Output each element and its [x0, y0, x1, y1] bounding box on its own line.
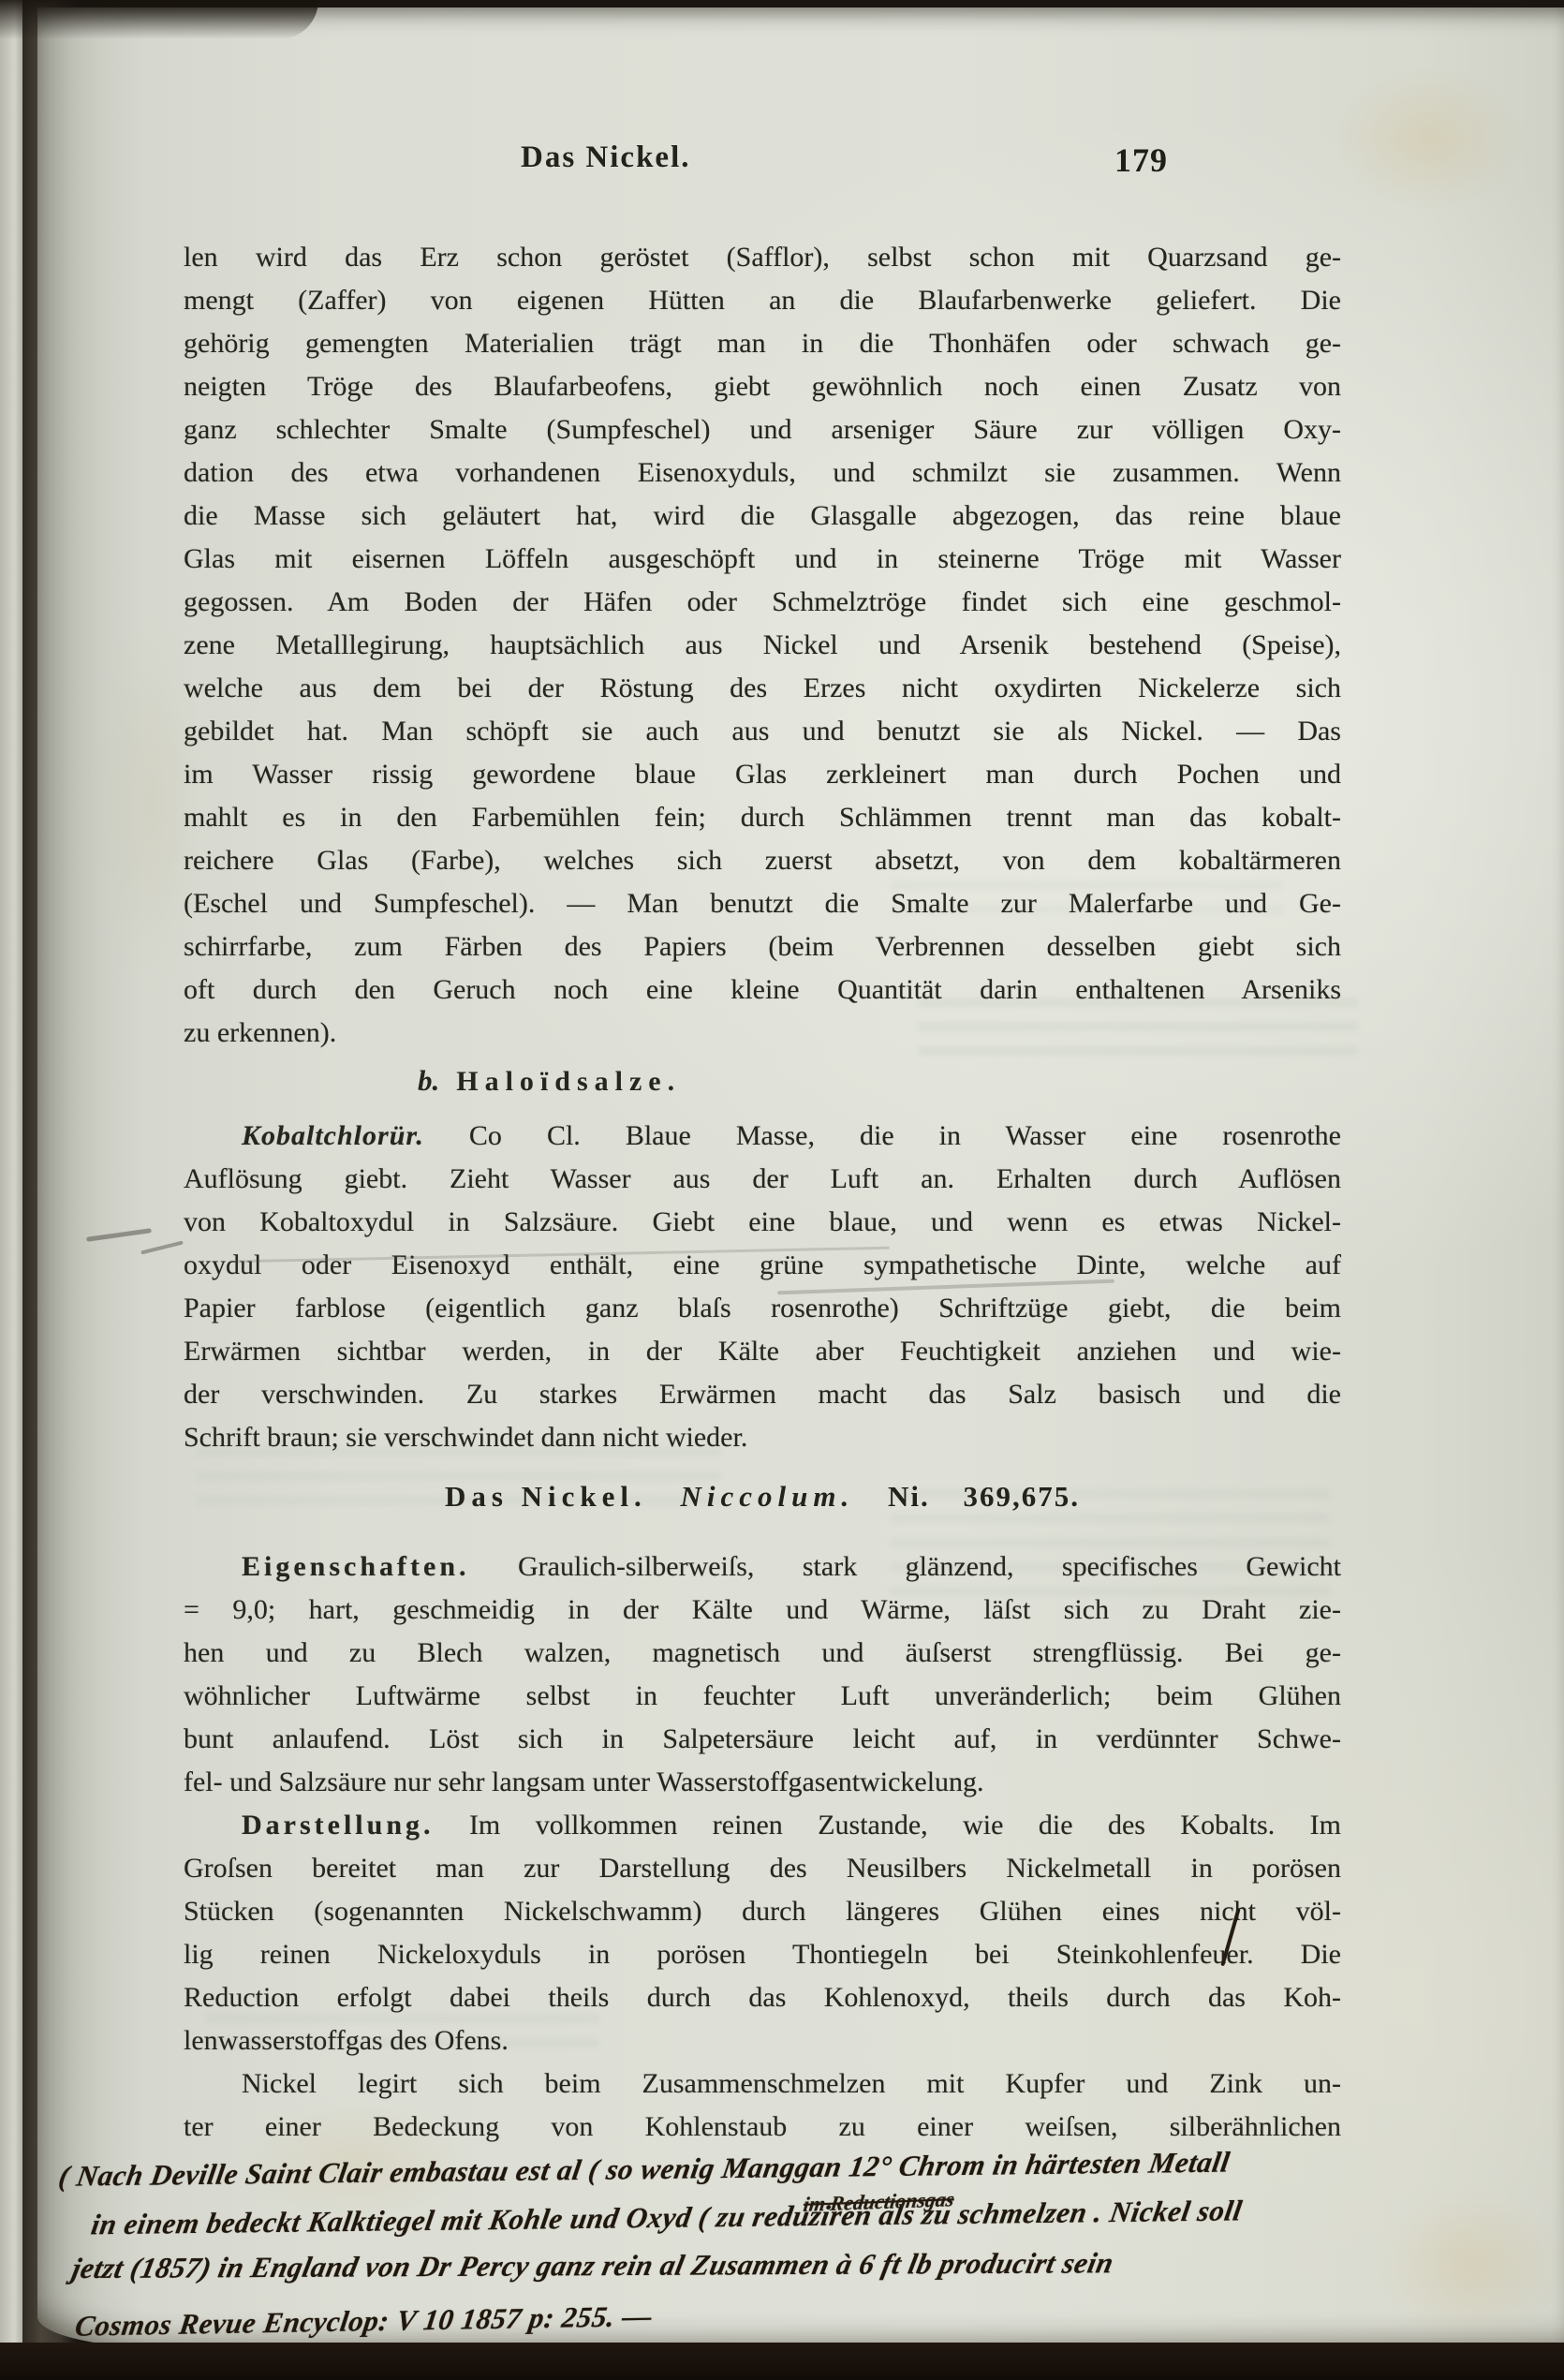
text-line: welche aus dem bei der Röstung des Erzes… [184, 667, 1341, 710]
book-photo: { "header": { "title": "Das Nickel.", "p… [0, 0, 1564, 2380]
text-line: mahlt es in den Farbemühlen fein; durch … [184, 796, 1341, 839]
chapter-heading-nickel: Das Nickel. Niccolum. Ni. 369,675. [184, 1480, 1341, 1514]
text-line: Schrift braun; sie verschwindet dann nic… [184, 1416, 1341, 1459]
subheading-label: Haloïdsalze. [456, 1066, 681, 1097]
text-line: (Eschel und Sumpfeschel). — Man benutzt … [184, 882, 1341, 925]
text-line: Auflösung giebt. Zieht Wasser aus der Lu… [184, 1158, 1341, 1201]
subheading-haloidsalze: b.Haloïdsalze. [418, 1064, 681, 1098]
text-line: Erwärmen sichtbar werden, in der Kälte a… [184, 1330, 1341, 1373]
text-line: bunt anlaufend. Löst sich in Salpetersäu… [184, 1718, 1341, 1761]
text-line: zene Metalllegirung, hauptsächlich aus N… [184, 624, 1341, 667]
text-line: schirrfarbe, zum Färben des Papiers (bei… [184, 925, 1341, 968]
text-line: Reduction erfolgt dabei theils durch das… [184, 1976, 1341, 2019]
body-paragraph-eigenschaften: Eigenschaften. Graulich-silberweiſs, sta… [184, 1545, 1341, 1804]
text-line: neigten Tröge des Blaufarbeofens, giebt … [184, 365, 1341, 408]
paper-stain [1330, 64, 1527, 214]
text-line: mengt (Zaffer) von eigenen Hütten an die… [184, 279, 1341, 322]
body-paragraph-kobaltchloruer: Kobaltchlorür. Co Cl. Blaue Masse, die i… [184, 1115, 1341, 1459]
text-line: Kobaltchlorür. Co Cl. Blaue Masse, die i… [184, 1115, 1341, 1158]
page-title: Das Nickel. [521, 140, 691, 175]
text-line: der verschwinden. Zu starkes Erwärmen ma… [184, 1373, 1341, 1416]
text-line: wöhnlicher Luftwärme selbst in feuchter … [184, 1675, 1341, 1718]
text-line: Glas mit eisernen Löffeln ausgeschöpft u… [184, 538, 1341, 581]
chapter-title: Das Nickel. [445, 1480, 647, 1513]
text-line: Groſsen bereitet man zur Darstellung des… [184, 1847, 1341, 1890]
text-line: Nickel legirt sich beim Zusammenschmelze… [184, 2062, 1341, 2106]
text-line: oxydul oder Eisenoxyd enthält, eine grün… [184, 1244, 1341, 1287]
text-line: Darstellung. Im vollkommen reinen Zustan… [184, 1804, 1341, 1847]
text-line: von Kobaltoxydul in Salzsäure. Giebt ein… [184, 1201, 1341, 1244]
text-line: im Wasser rissig gewordene blaue Glas ze… [184, 753, 1341, 796]
text-line: hen und zu Blech walzen, magnetisch und … [184, 1632, 1341, 1675]
text-line: Papier farblose (eigentlich ganz blaſs r… [184, 1287, 1341, 1330]
text-line: Eigenschaften. Graulich-silberweiſs, sta… [184, 1545, 1341, 1589]
subheading-letter: b. [418, 1064, 439, 1097]
text-line: fel- und Salzsäure nur sehr langsam unte… [184, 1761, 1341, 1804]
text-line: lenwasserstoffgas des Ofens. [184, 2019, 1341, 2062]
running-head: Das Nickel. 179 [184, 140, 1341, 184]
text-line: gegossen. Am Boden der Häfen oder Schmel… [184, 581, 1341, 624]
text-line: lig reinen Nickeloxyduls in porösen Thon… [184, 1933, 1341, 1976]
text-line: = 9,0; hart, geschmeidig in der Kälte un… [184, 1589, 1341, 1632]
body-paragraph-legirung: Nickel legirt sich beim Zusammenschmelze… [184, 2062, 1341, 2149]
text-line: len wird das Erz schon geröstet (Safflor… [184, 236, 1341, 279]
book-bottom-edge [0, 2343, 1564, 2380]
text-line: gebildet hat. Man schöpft sie auch aus u… [184, 710, 1341, 753]
text-line: oft durch den Geruch noch eine kleine Qu… [184, 968, 1341, 1012]
text-line: zu erkennen). [184, 1012, 1341, 1055]
text-line: die Masse sich geläutert hat, wird die G… [184, 495, 1341, 538]
text-line: Stücken (sogenannten Nickelschwamm) durc… [184, 1890, 1341, 1933]
handwritten-annotation: ( Nach Deville Saint Clair embastau est … [59, 2134, 1559, 2347]
atomic-weight: 369,675. [964, 1480, 1081, 1513]
text-line: dation des etwa vorhandenen Eisenoxyduls… [184, 451, 1341, 495]
page-top-shadow [0, 0, 318, 39]
text-line: ganz schlechter Smalte (Sumpfeschel) und… [184, 408, 1341, 451]
page-number: 179 [1114, 140, 1168, 180]
chapter-latin-name: Niccolum. [681, 1480, 855, 1513]
body-paragraph-smalte: len wird das Erz schon geröstet (Safflor… [184, 236, 1341, 1055]
body-paragraph-darstellung: Darstellung. Im vollkommen reinen Zustan… [184, 1804, 1341, 2062]
text-line: reichere Glas (Farbe), welches sich zuer… [184, 839, 1341, 882]
element-symbol: Ni. [888, 1480, 930, 1513]
text-line: gehörig gemengten Materialien trägt man … [184, 322, 1341, 365]
underlying-page-edge [0, 0, 24, 2380]
